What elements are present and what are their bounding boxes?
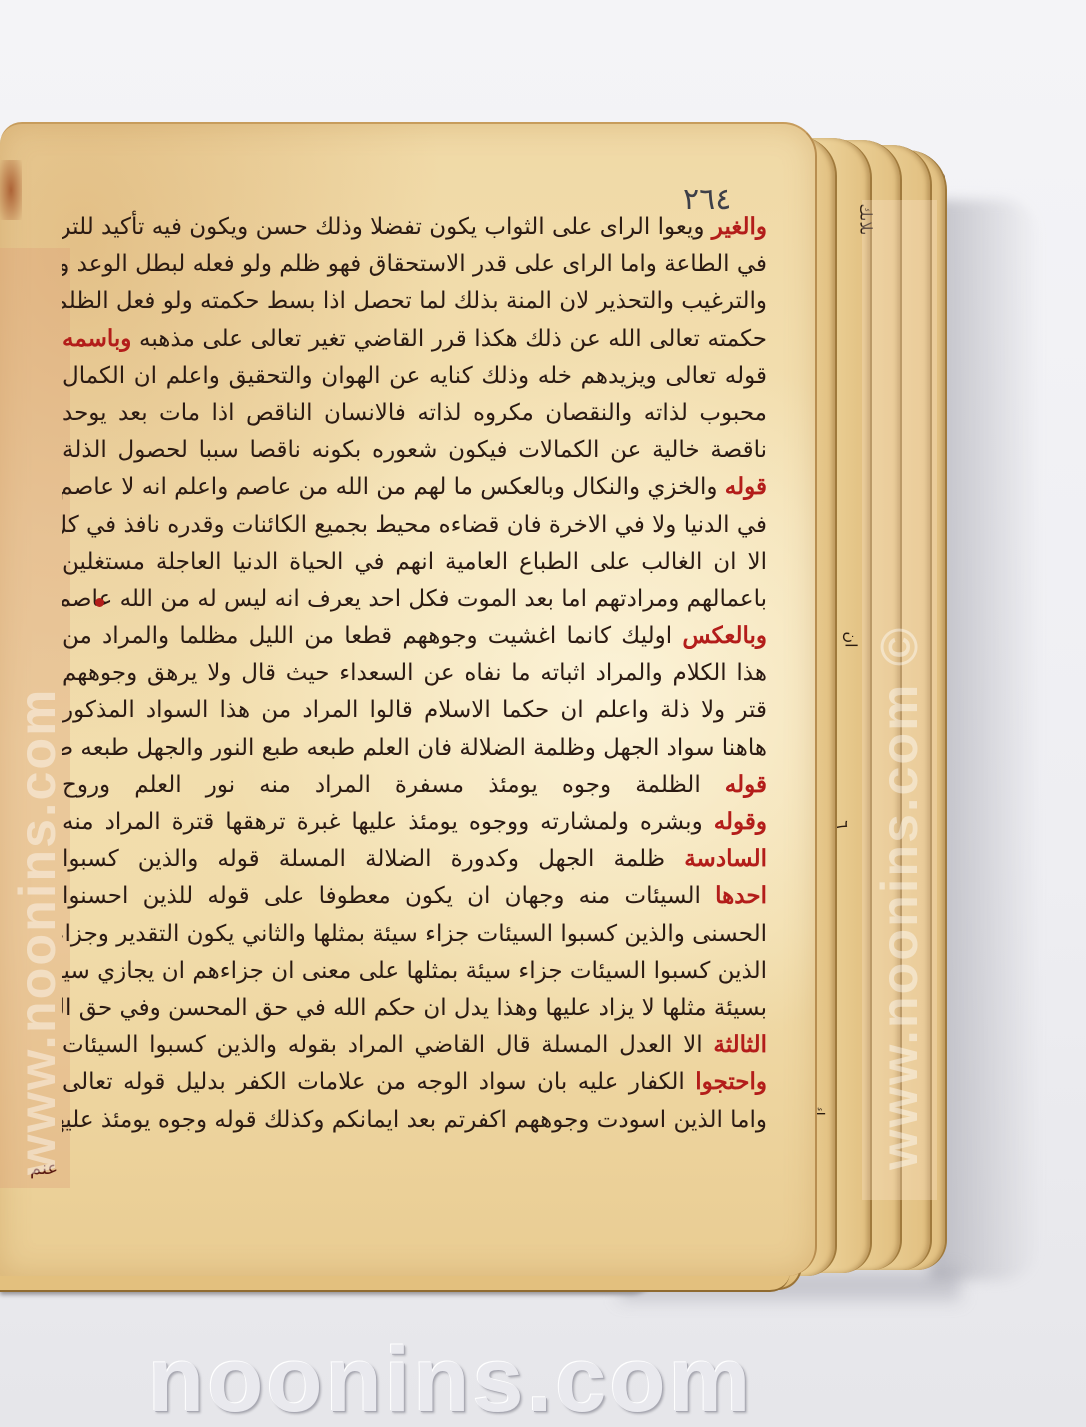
rubric: وقوله bbox=[714, 808, 767, 835]
line-text: الذين كسبوا السيئات جزاء سيئة بمثلها على… bbox=[62, 958, 767, 984]
watermark-bottom: noonins.com bbox=[148, 1328, 753, 1427]
text-line: احدها السيئات منه وجهان ان يكون معطوفا ع… bbox=[62, 877, 767, 914]
text-line: والغير ويعوا الراى على الثواب يكون تفضلا… bbox=[62, 208, 767, 245]
text-line: قوله والخزي والنكال وبالعكس ما لهم من ال… bbox=[62, 468, 767, 505]
text-line: بسيئة مثلها لا يزاد عليها وهذا يدل ان حك… bbox=[62, 989, 767, 1026]
text-line: هاهنا سواد الجهل وظلمة الضلالة فان العلم… bbox=[62, 729, 767, 766]
text-line: محبوب لذاته والنقصان مكروه لذاته فالانسا… bbox=[62, 394, 767, 431]
text-line: وقوله وبشره ولمشارته ووجوه يومئذ عليها غ… bbox=[62, 803, 767, 840]
rubric-dot bbox=[95, 598, 104, 607]
line-text: السيئات منه وجهان ان يكون معطوفا على قول… bbox=[62, 883, 701, 909]
rubric: قوله bbox=[725, 473, 767, 500]
line-text: قوله تعالى ويزيدهم خله وذلك كنايه عن اله… bbox=[62, 363, 767, 389]
text-line: وبالعكس اوليك كانما اغشيت وجوههم قطعا من… bbox=[62, 617, 767, 654]
paper-stain bbox=[0, 160, 22, 220]
line-text: هاهنا سواد الجهل وظلمة الضلالة فان العلم… bbox=[62, 735, 767, 761]
text-line: ناقصة خالية عن الكمالات فيكون شعوره بكون… bbox=[62, 431, 767, 468]
text-line: الا ان الغالب على الطباع العامية انهم في… bbox=[62, 543, 767, 580]
line-text: الحسنى والذين كسبوا السيئات جزاء سيئة بم… bbox=[62, 921, 767, 947]
line-text: اوليك كانما اغشيت وجوههم قطعا من الليل م… bbox=[62, 623, 672, 649]
line-text: في الطاعة واما الراى على قدر الاستحقاق ف… bbox=[62, 251, 767, 277]
rubric: احدها bbox=[715, 882, 767, 909]
line-text: حكمته تعالى الله عن ذلك هكذا قرر القاضي … bbox=[139, 326, 767, 352]
line-text: والخزي والنكال وبالعكس ما لهم من الله من… bbox=[62, 474, 717, 500]
line-text: واما الذين اسودت وجوههم اكفرتم بعد ايمان… bbox=[62, 1107, 767, 1133]
watermark-left: www.noonins.com bbox=[8, 688, 68, 1175]
line-text: والترغيب والتحذير لان المنة بذلك لما تحص… bbox=[62, 288, 767, 314]
line-text: باعمالهم ومرادتهم اما بعد الموت فكل احد … bbox=[62, 586, 767, 612]
text-line: في الدنيا ولا في الاخرة فان قضاءه محيط ب… bbox=[62, 506, 767, 543]
text-line: السادسة ظلمة الجهل وكدورة الضلالة المسلة… bbox=[62, 840, 767, 877]
text-line: الذين كسبوا السيئات جزاء سيئة بمثلها على… bbox=[62, 952, 767, 989]
text-line: الثالثة الا العدل المسلة قال القاضي المر… bbox=[62, 1026, 767, 1063]
text-line: هذا الكلام والمراد اثباته ما نفاه عن الس… bbox=[62, 654, 767, 691]
text-line: قوله الظلمة وجوه يومئذ مسفرة المراد منه … bbox=[62, 766, 767, 803]
line-text: ظلمة الجهل وكدورة الضلالة المسلة قوله وا… bbox=[62, 846, 665, 872]
line-text: قتر ولا ذلة واعلم ان حكما الاسلام قالوا … bbox=[62, 697, 767, 723]
page-edge-mark: ٦ bbox=[833, 820, 852, 829]
line-text: الا العدل المسلة قال القاضي المراد بقوله… bbox=[62, 1032, 703, 1058]
line-text: الكفار عليه بان سواد الوجه من علامات الك… bbox=[62, 1069, 685, 1095]
line-text: وبشره ولمشارته ووجوه يومئذ عليها غبرة تر… bbox=[62, 809, 703, 835]
text-line: واما الذين اسودت وجوههم اكفرتم بعد ايمان… bbox=[62, 1101, 767, 1138]
line-text: ناقصة خالية عن الكمالات فيكون شعوره بكون… bbox=[62, 437, 767, 463]
line-text: الظلمة وجوه يومئذ مسفرة المراد منه نور ا… bbox=[62, 772, 701, 798]
text-line: قوله تعالى ويزيدهم خله وذلك كنايه عن اله… bbox=[62, 357, 767, 394]
rubric: السادسة bbox=[684, 845, 767, 872]
text-line: والترغيب والتحذير لان المنة بذلك لما تحص… bbox=[62, 282, 767, 319]
text-line: قتر ولا ذلة واعلم ان حكما الاسلام قالوا … bbox=[62, 691, 767, 728]
rubric: وباسمه bbox=[62, 325, 131, 352]
rubric: واحتجوا bbox=[695, 1068, 767, 1095]
manuscript-photo: ٮلاىك ان ٦ ك ٢٦٤ والغير ويعوا الراى على … bbox=[0, 0, 1086, 1427]
watermark-right: www.noonins.com © bbox=[870, 626, 930, 1170]
line-text: محبوب لذاته والنقصان مكروه لذاته فالانسا… bbox=[62, 400, 767, 426]
rubric: قوله bbox=[725, 771, 767, 798]
rubric: وبالعكس bbox=[682, 622, 767, 649]
page-edge-mark: ان bbox=[842, 631, 861, 647]
text-line: باعمالهم ومرادتهم اما بعد الموت فكل احد … bbox=[62, 580, 767, 617]
text-line: واحتجوا الكفار عليه بان سواد الوجه من عل… bbox=[62, 1063, 767, 1100]
line-text: هذا الكلام والمراد اثباته ما نفاه عن الس… bbox=[62, 660, 767, 686]
rubric: والغير bbox=[712, 213, 767, 240]
rubric: الثالثة bbox=[713, 1031, 767, 1058]
line-text: ويعوا الراى على الثواب يكون تفضلا وذلك ح… bbox=[62, 214, 704, 240]
line-text: الا ان الغالب على الطباع العامية انهم في… bbox=[62, 549, 767, 575]
line-text: في الدنيا ولا في الاخرة فان قضاءه محيط ب… bbox=[62, 512, 767, 538]
line-text: بسيئة مثلها لا يزاد عليها وهذا يدل ان حك… bbox=[62, 995, 767, 1021]
text-line: الحسنى والذين كسبوا السيئات جزاء سيئة بم… bbox=[62, 915, 767, 952]
text-line: في الطاعة واما الراى على قدر الاستحقاق ف… bbox=[62, 245, 767, 282]
text-line: حكمته تعالى الله عن ذلك هكذا قرر القاضي … bbox=[62, 320, 767, 357]
manuscript-text-block: والغير ويعوا الراى على الثواب يكون تفضلا… bbox=[62, 208, 767, 1138]
